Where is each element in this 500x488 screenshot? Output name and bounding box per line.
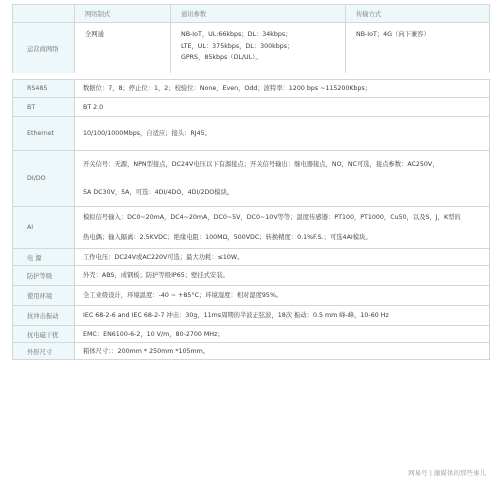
spec-value-line: IEC 68-2-6 and IEC 68-2-7 冲击：30g，11ms周期的… bbox=[83, 310, 489, 321]
spec-value-line: 模拟信号输入：DC0~20mA，DC4~20mA，DC0~5V，DC0~10V等… bbox=[83, 212, 489, 223]
spec-value: 10/100/1000Mbps，自适应；接头：RJ45。 bbox=[75, 117, 489, 150]
header-transmission: 传输方式 bbox=[346, 5, 489, 22]
spec-value: BT 2.0 bbox=[75, 98, 489, 116]
spec-value-line: 外壳：ABS，成钢板；防护等级IP65；壁挂式安装。 bbox=[83, 270, 489, 281]
spec-value-line: 工作电压：DC24V或AC220V可选；最大功耗：≤10W。 bbox=[83, 252, 489, 263]
spec-row: 抗冲击振动IEC 68-2-6 and IEC 68-2-7 冲击：30g，11… bbox=[13, 305, 489, 325]
spec-label: BT bbox=[13, 98, 75, 116]
spec-value: EMC：EN6100-6-2，10 V/m，80-2700 MHz； bbox=[75, 326, 489, 342]
spec-label: 抗冲击振动 bbox=[13, 306, 75, 325]
row-label: 运营商网络 bbox=[13, 23, 75, 73]
spec-row: 使用环境全工业级设计，环境温度：-40 ~ +85°C；环境湿度：相对湿度95%… bbox=[13, 285, 489, 305]
spec-row: DI/DO开关信号：无源，NPN型接点，DC24V电压以下有源接点；开关信号输出… bbox=[13, 150, 489, 206]
spec-row: AI模拟信号输入：DC0~20mA，DC4~20mA，DC0~5V，DC0~10… bbox=[13, 206, 489, 248]
spec-row: 外形尺寸箱体尺寸：：200mm * 250mm *105mm。 bbox=[13, 342, 489, 359]
spec-value: 箱体尺寸：：200mm * 250mm *105mm。 bbox=[75, 343, 489, 359]
spec-value-line: 热电偶；输入隔离：2.5KVDC；绝缘电阻：100MΩ，500VDC；转换精度：… bbox=[83, 232, 489, 243]
comm-param-line: GPRS，85kbps（DL/UL）。 bbox=[181, 52, 345, 64]
network-mode-value: 全网通 bbox=[75, 23, 171, 73]
comm-params-value: NB-IoT，UL:66kbps；DL：34kbps； LTE，UL：375kb… bbox=[171, 23, 346, 73]
spec-value-line: 5A DC30V，5A，可选：4DI/4DO，4DI/2DO模块。 bbox=[83, 187, 489, 198]
spec-value: 外壳：ABS，成钢板；防护等级IP65；壁挂式安装。 bbox=[75, 266, 489, 285]
spec-value: 全工业级设计，环境温度：-40 ~ +85°C；环境湿度：相对湿度95%。 bbox=[75, 286, 489, 305]
header-network-mode: 网络制式 bbox=[75, 5, 171, 22]
spec-row: BTBT 2.0 bbox=[13, 97, 489, 116]
network-table: 网络制式 通讯参数 传输方式 运营商网络 全网通 NB-IoT，UL:66kbp… bbox=[12, 4, 490, 73]
spec-label: 外形尺寸 bbox=[13, 343, 75, 359]
spec-table: RS485数据位：7，8；停止位：1，2；校验位：None，Even，Odd；波… bbox=[12, 79, 490, 360]
spec-value-line: 箱体尺寸：：200mm * 250mm *105mm。 bbox=[83, 346, 489, 357]
spec-row: 防护等级外壳：ABS，成钢板；防护等级IP65；壁挂式安装。 bbox=[13, 265, 489, 285]
transmission-value: NB-IoT；4G（向下兼容） bbox=[346, 23, 489, 73]
spec-label: 抗电磁干扰 bbox=[13, 326, 75, 342]
spec-label: 防护等级 bbox=[13, 266, 75, 285]
header-comm-params: 通讯参数 bbox=[171, 5, 346, 22]
spec-row: 电 源工作电压：DC24V或AC220V可选；最大功耗：≤10W。 bbox=[13, 248, 489, 265]
spec-value: 开关信号：无源，NPN型接点，DC24V电压以下有源接点；开关信号输出：继电器接… bbox=[75, 151, 489, 206]
spec-value-line: 10/100/1000Mbps，自适应；接头：RJ45。 bbox=[83, 128, 489, 139]
spec-row: RS485数据位：7，8；停止位：1，2；校验位：None，Even，Odd；波… bbox=[13, 80, 489, 97]
comm-param-line: NB-IoT，UL:66kbps；DL：34kbps； bbox=[181, 29, 345, 41]
spec-value-line: 数据位：7，8；停止位：1，2；校验位：None，Even，Odd；波特率：12… bbox=[83, 83, 489, 94]
spec-value-line: EMC：EN6100-6-2，10 V/m，80-2700 MHz； bbox=[83, 329, 489, 340]
spec-value-line: BT 2.0 bbox=[83, 102, 489, 113]
network-table-header: 网络制式 通讯参数 传输方式 bbox=[13, 5, 489, 22]
spec-value-line: 开关信号：无源，NPN型接点，DC24V电压以下有源接点；开关信号输出：继电器接… bbox=[83, 159, 489, 170]
header-cell-empty bbox=[13, 5, 75, 22]
watermark: 网易号 | 融媒体的那些事儿 bbox=[408, 468, 486, 477]
spec-label: DI/DO bbox=[13, 151, 75, 206]
spec-row: Ethernet10/100/1000Mbps，自适应；接头：RJ45。 bbox=[13, 116, 489, 150]
spec-value-line: 全工业级设计，环境温度：-40 ~ +85°C；环境湿度：相对湿度95%。 bbox=[83, 290, 489, 301]
spec-label: AI bbox=[13, 207, 75, 248]
spec-label: Ethernet bbox=[13, 117, 75, 150]
spec-value: IEC 68-2-6 and IEC 68-2-7 冲击：30g，11ms周期的… bbox=[75, 306, 489, 325]
spec-row: 抗电磁干扰EMC：EN6100-6-2，10 V/m，80-2700 MHz； bbox=[13, 325, 489, 342]
spec-value: 数据位：7，8；停止位：1，2；校验位：None，Even，Odd；波特率：12… bbox=[75, 80, 489, 97]
spec-label: 使用环境 bbox=[13, 286, 75, 305]
network-table-row: 运营商网络 全网通 NB-IoT，UL:66kbps；DL：34kbps； LT… bbox=[13, 22, 489, 73]
spec-label: RS485 bbox=[13, 80, 75, 97]
spec-value: 模拟信号输入：DC0~20mA，DC4~20mA，DC0~5V，DC0~10V等… bbox=[75, 207, 489, 248]
spec-value: 工作电压：DC24V或AC220V可选；最大功耗：≤10W。 bbox=[75, 249, 489, 265]
spec-label: 电 源 bbox=[13, 249, 75, 265]
comm-param-line: LTE，UL：375kbps，DL：300kbps； bbox=[181, 41, 345, 53]
